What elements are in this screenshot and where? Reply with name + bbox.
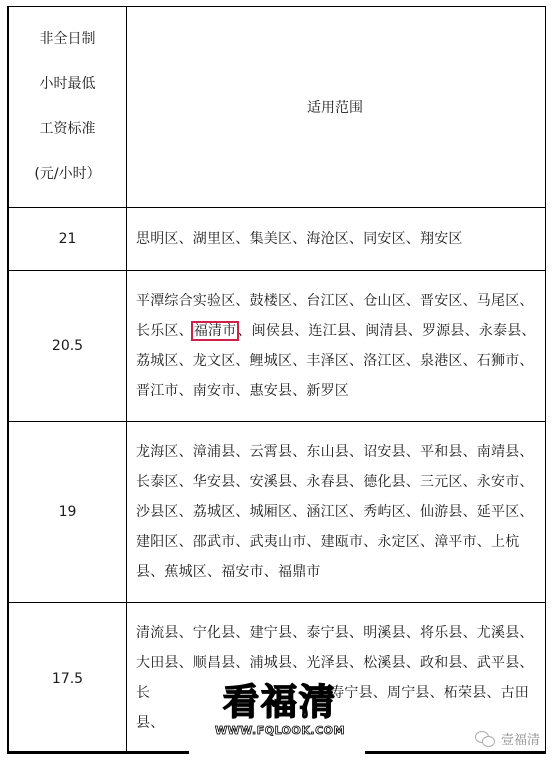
header-scope-label: 适用范围: [307, 97, 363, 117]
wage-value: 17.5: [52, 671, 83, 687]
wage-cell: 19: [9, 422, 126, 602]
table-row: 19 龙海区、漳浦县、云霄县、东山县、诏安县、平和县、南靖县、长泰区、华安县、安…: [9, 422, 545, 603]
areas-text: 平潭综合实验区、鼓楼区、台江区、仓山区、晋安区、马尾区、长乐区、福清市、闽侯县、…: [136, 286, 537, 406]
watermark-url: WWW.FQLOOK.COM: [205, 724, 355, 737]
header-line: 非全日制: [40, 17, 96, 62]
wage-value: 20.5: [52, 338, 83, 354]
areas-cell: 龙海区、漳浦县、云霄县、东山县、诏安县、平和县、南靖县、长泰区、华安县、安溪县、…: [127, 422, 545, 602]
areas-list: 龙海区、漳浦县、云霄县、东山县、诏安县、平和县、南靖县、长泰区、华安县、安溪县、…: [136, 444, 534, 580]
table-row: 21 思明区、湖里区、集美区、海沧区、同安区、翔安区: [9, 208, 545, 271]
header-line: 小时最低: [40, 62, 96, 107]
header-wage-cell: 非全日制 小时最低 工资标准 (元/小时）: [9, 7, 126, 207]
table-bottom-border: [7, 751, 189, 754]
wechat-icon: [475, 731, 495, 747]
areas-list: 思明区、湖里区、集美区、海沧区、同安区、翔安区: [136, 231, 463, 247]
areas-text: 龙海区、漳浦县、云霄县、东山县、诏安县、平和县、南靖县、长泰区、华安县、安溪县、…: [136, 437, 537, 587]
wage-table: 非全日制 小时最低 工资标准 (元/小时） 适用范围 21 思明区、湖里区、集美…: [7, 6, 546, 753]
table-row: 20.5 平潭综合实验区、鼓楼区、台江区、仓山区、晋安区、马尾区、长乐区、福清市…: [9, 271, 545, 422]
header-line: 工资标准: [40, 107, 96, 152]
header-line: (元/小时）: [34, 152, 100, 197]
wage-cell: 20.5: [9, 271, 126, 421]
header-scope-cell: 适用范围: [127, 7, 545, 207]
source-tag: 壹福清: [473, 729, 542, 748]
watermark: 看福清 WWW.FQLOOK.COM: [205, 684, 355, 737]
wage-value: 19: [59, 504, 77, 520]
areas-text: 思明区、湖里区、集美区、海沧区、同安区、翔安区: [136, 224, 463, 254]
highlighted-area-fuqing: 福清市: [193, 323, 238, 339]
table-bottom-border: [365, 751, 546, 754]
watermark-title: 看福清: [205, 684, 355, 722]
wage-cell: 21: [9, 208, 126, 270]
areas-cell: 平潭综合实验区、鼓楼区、台江区、仓山区、晋安区、马尾区、长乐区、福清市、闽侯县、…: [127, 271, 545, 421]
header-row: 非全日制 小时最低 工资标准 (元/小时） 适用范围: [9, 7, 545, 208]
wage-value: 21: [59, 231, 77, 247]
areas-cell: 思明区、湖里区、集美区、海沧区、同安区、翔安区: [127, 208, 545, 270]
source-label: 壹福清: [501, 729, 540, 748]
wage-cell: 17.5: [9, 603, 126, 754]
